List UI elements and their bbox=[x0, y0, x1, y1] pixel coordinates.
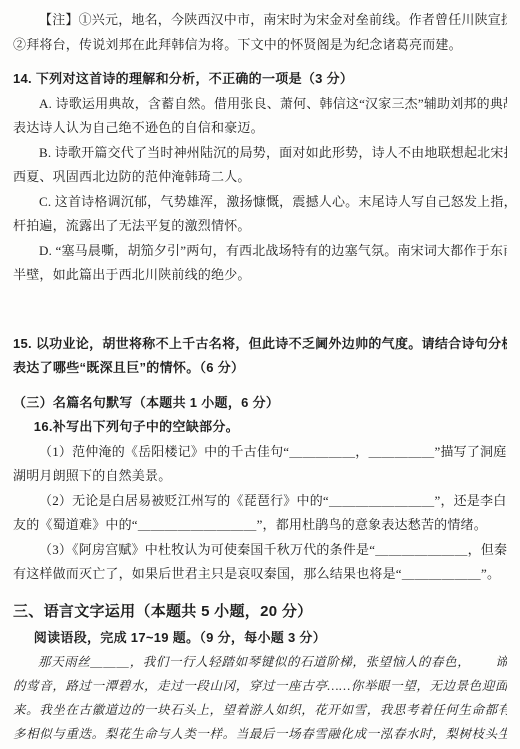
passage-line-2: 的莺音，路过一潭碧水，走过一段山冈，穿过一座古亭……你举眼一望，无边景色迎面扑 bbox=[13, 674, 507, 698]
question-16-blank-2-line-2: 友的《蜀道难》中的“＿＿＿＿＿＿＿＿＿”，都用杜鹃鸟的意象表达愁苦的情绪。 bbox=[13, 513, 507, 538]
question-15-line-1: 15. 以功业论，胡世将称不上千古名将，但此诗不乏阃外边帅的气度。请结合诗句分析… bbox=[13, 332, 507, 357]
passage-text: 春水时，梨树枝头生出 bbox=[393, 727, 507, 741]
reading-instruction: 阅读语段，完成 17~19 题。（9 分，每小题 3 分） bbox=[13, 626, 507, 651]
question-16-blank-1-line-1: （1）范仲淹的《岳阳楼记》中的千古佳句“＿＿＿＿＿，＿＿＿＿＿”描写了洞庭 bbox=[13, 440, 507, 465]
passage-text: 音，路过一潭碧水，走过一段山冈，穿过一座古亭……你举眼一望，无边景色迎面扑 bbox=[39, 679, 507, 693]
passage-line-3: 来。我坐在古徽道边的一块石头上，望着游人如织，花开如雪，我思考着任何生命都有许 bbox=[13, 698, 507, 722]
question-15-line-2: 表达了哪些“既深且巨”的情怀。（6 分） bbox=[13, 356, 507, 381]
question-16-blank-3-line-1: （3）《阿房宫赋》中杜牧认为可使秦国千秋万代的条件是“＿＿＿＿＿＿＿，但秦国没 bbox=[13, 538, 507, 563]
emphasized-char-di: 谛 bbox=[470, 650, 507, 674]
question-14-option-a-line-1: A. 诗歌运用典故，含蓄自然。借用张良、萧何、韩信这“汉家三杰”辅助刘邦的典故， bbox=[13, 92, 507, 117]
section-moxie-heading: （三）名篇名句默写（本题共 1 小题，6 分） bbox=[13, 391, 507, 416]
passage-line-1: 那天雨丝＿＿＿，我们一行人轻踏如琴键似的石道阶梯，张望恼人的春色，谛听快乐 bbox=[13, 650, 507, 674]
question-14-option-a-line-2: 表达诗人认为自己绝不逊色的自信和豪迈。 bbox=[13, 116, 507, 141]
passage-text: 那天雨丝＿＿＿，我们一行人轻踏如琴键似的石道阶梯，张望恼人的春色， bbox=[38, 655, 470, 669]
question-16-blank-1-line-2: 湖明月朗照下的自然美景。 bbox=[13, 464, 507, 489]
passage-text: 的 bbox=[13, 679, 26, 693]
question-14-option-b-line-2: 西夏、巩固西北边防的范仲淹韩琦二人。 bbox=[13, 165, 507, 190]
question-14-option-b-line-1: B. 诗歌开篇交代了当时神州陆沉的局势，面对如此形势，诗人不由地联想起北宋抗击 bbox=[13, 141, 507, 166]
question-16-blank-3-line-2: 有这样做而灭亡了，如果后世君主只是哀叹秦国，那么结果也将是“＿＿＿＿＿＿”。 bbox=[13, 562, 507, 587]
question-16-blank-2-line-1: （2）无论是白居易被贬江州写的《琵琶行》中的“＿＿＿＿＿＿＿＿”，还是李白劝 bbox=[13, 489, 507, 514]
passage-line-4: 多相似与重迭。梨花生命与人类一样。当最后一场春雪融化成一泓春水时，梨树枝头生出 bbox=[13, 722, 507, 746]
section-language-heading: 三、语言文字运用（本题共 5 小题，20 分） bbox=[13, 598, 507, 626]
passage-text: 。梨花生命与人类一样。当最后一场春雪融化成一 bbox=[92, 727, 380, 741]
question-14-option-d-line-1: D. “塞马晨嘶，胡笳夕引”两句，有西北战场特有的边塞气氛。南宋词大都作于东南 bbox=[13, 239, 507, 264]
exam-paper-page: 【注】①兴元，地名，今陕西汉中市，南宋时为宋金对垒前线。作者曾任川陕宣抚使。 ②… bbox=[0, 0, 520, 749]
question-16-title: 16.补写出下列句子中的空缺部分。 bbox=[13, 415, 507, 440]
emphasized-char-ying: 莺 bbox=[26, 674, 39, 698]
question-14-option-c-line-1: C. 这首诗格调沉郁，气势雄浑，激扬慷慨，震撼人心。末尾诗人写自己怒发上指，栏 bbox=[13, 190, 507, 215]
question-14-option-d-line-2: 半壁，如此篇出于西北川陕前线的绝少。 bbox=[13, 263, 507, 288]
emphasized-char-hong: 泓 bbox=[380, 722, 393, 746]
emphasized-char-die: 迭 bbox=[79, 722, 92, 746]
note-line-2: ②拜将台，传说刘邦在此拜韩信为将。下文中的怀贤阁是为纪念诸葛亮而建。 bbox=[13, 33, 507, 58]
note-line-1: 【注】①兴元，地名，今陕西汉中市，南宋时为宋金对垒前线。作者曾任川陕宣抚使。 bbox=[13, 8, 507, 33]
passage-text: 多相似与重 bbox=[13, 727, 79, 741]
question-14-title: 14. 下列对这首诗的理解和分析，不正确的一项是（3 分） bbox=[13, 67, 507, 92]
question-14-option-c-line-2: 杆拍遍，流露出了无法平复的激烈情怀。 bbox=[13, 214, 507, 239]
